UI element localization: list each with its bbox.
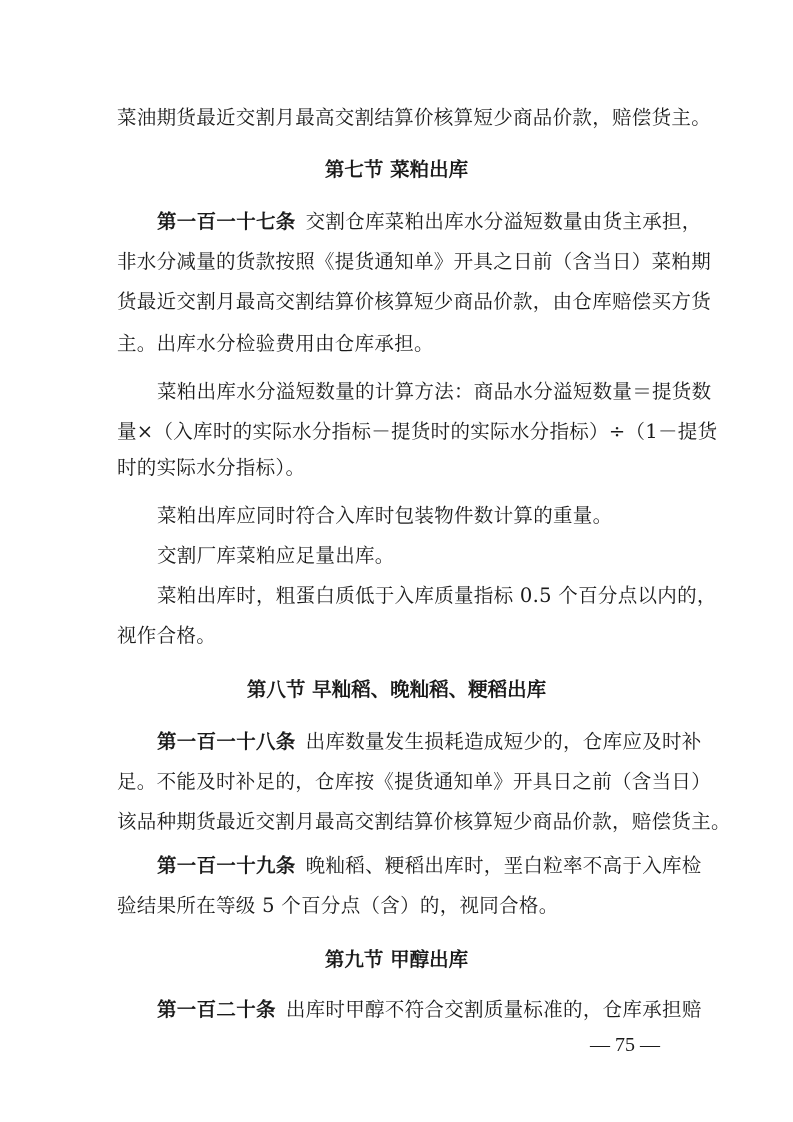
article-119-line-2: 验结果所在等级 5 个百分点（含）的，视同合格。 — [117, 894, 677, 918]
weight-paragraph: 菜粕出库应同时符合入库时包装物件数计算的重量。 — [157, 504, 677, 528]
article-118-line-3: 该品种期货最近交割月最高交割结算价核算短少商品价款，赔偿货主。 — [117, 810, 677, 834]
article-117-line-1: 第一百一十七条交割仓库菜粕出库水分溢短数量由货主承担， — [157, 210, 677, 234]
article-117-line-2: 非水分减量的货款按照《提货通知单》开具之日前（含当日）菜粕期 — [117, 250, 677, 274]
article-117-line-4: 主。出库水分检验费用由仓库承担。 — [117, 332, 677, 356]
article-119-text: 晚籼稻、粳稻出库时，垩白粒率不高于入库检 — [306, 854, 702, 877]
body-text-line: 菜油期货最近交割月最高交割结算价核算短少商品价款，赔偿货主。 — [117, 106, 677, 130]
article-118-line-1: 第一百一十八条出库数量发生损耗造成短少的，仓库应及时补 — [157, 730, 677, 754]
article-117-label: 第一百一十七条 — [157, 210, 296, 233]
protein-line-1: 菜粕出库时，粗蛋白质低于入库质量指标 0.5 个百分点以内的， — [157, 584, 677, 608]
section-heading-9: 第九节 甲醇出库 — [0, 948, 793, 972]
article-120-line-1: 第一百二十条出库时甲醇不符合交割质量标准的，仓库承担赔 — [157, 998, 677, 1022]
calc-method-line-2: 量×（入库时的实际水分指标－提货时的实际水分指标）÷（1－提货 — [117, 420, 677, 444]
section-heading-8: 第八节 早籼稻、晚籼稻、粳稻出库 — [0, 678, 793, 702]
article-117-text: 交割仓库菜粕出库水分溢短数量由货主承担， — [306, 210, 702, 233]
protein-line-2: 视作合格。 — [117, 624, 677, 648]
factory-paragraph: 交割厂库菜粕应足量出库。 — [157, 544, 677, 568]
article-120-label: 第一百二十条 — [157, 998, 276, 1021]
article-117-line-3: 货最近交割月最高交割结算价核算短少商品价款，由仓库赔偿买方货 — [117, 290, 677, 314]
article-118-line-2: 足。不能及时补足的，仓库按《提货通知单》开具日之前（含当日） — [117, 770, 677, 794]
calc-method-line-3: 时的实际水分指标）。 — [117, 456, 677, 480]
calc-method-line-1: 菜粕出库水分溢短数量的计算方法：商品水分溢短数量＝提货数 — [157, 380, 677, 404]
page-number: — 75 — — [590, 1034, 660, 1057]
article-119-line-1: 第一百一十九条晚籼稻、粳稻出库时，垩白粒率不高于入库检 — [157, 854, 677, 878]
article-118-text: 出库数量发生损耗造成短少的，仓库应及时补 — [306, 730, 702, 753]
article-119-label: 第一百一十九条 — [157, 854, 296, 877]
section-heading-7: 第七节 菜粕出库 — [0, 158, 793, 182]
article-120-text: 出库时甲醇不符合交割质量标准的，仓库承担赔 — [286, 998, 702, 1021]
article-118-label: 第一百一十八条 — [157, 730, 296, 753]
